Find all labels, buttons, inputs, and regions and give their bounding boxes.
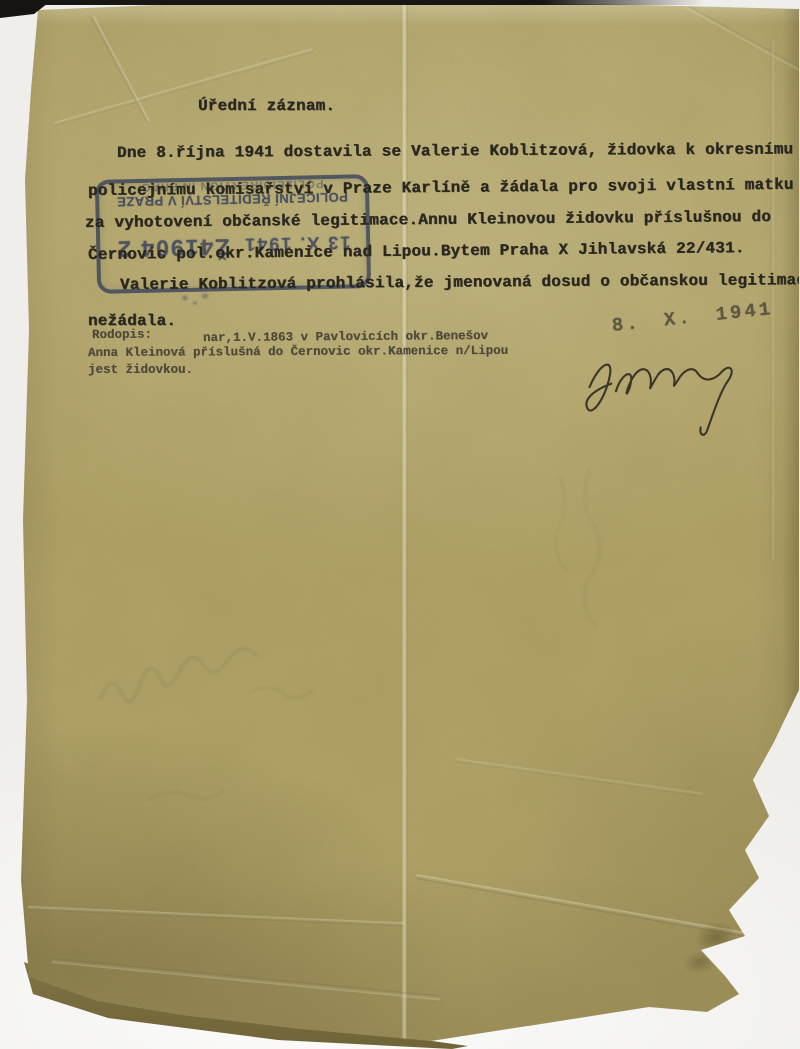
typewritten-line: policejnímu komisařství v Praze Karlíně … [88,176,794,200]
scanned-document: POLIZEIDIREKTION IN PRAG POLICEJNÍ ŘEDIT… [0,0,800,1049]
crease-line [685,4,800,85]
scanner-edge-strip [0,0,800,5]
date-received-stamp: 8. X. 1941 [611,298,774,337]
crease-line [455,758,703,797]
note-line: nar,1.V.1863 v Pavlovicích okr.Benešov [203,329,488,345]
crease-line [28,906,404,926]
stamp-ink-smudge [178,291,214,311]
signature-handwriting [568,336,758,446]
crease-line [52,958,441,1000]
crease-line [416,874,800,947]
typewritten-line: Dne 8.října 1941 dostavila se Valerie Ko… [117,140,793,162]
note-line: Anna Kleinová příslušná do Černovic okr.… [88,344,508,360]
typewritten-line: Černovic pol.okr.Kamenice nad Lipou.Byte… [88,239,745,264]
note-label: Rodopis: [92,328,152,342]
typewritten-line: za vyhotovení občanské legitimace.Annu K… [85,208,771,232]
paper-sheet: POLIZEIDIREKTION IN PRAG POLICEJNÍ ŘEDIT… [0,0,800,1049]
typewritten-line: Valerie Koblitzová prohlásila,že jmenova… [120,271,800,294]
note-line: jest židovkou. [88,363,193,377]
corner-fold-crease [90,15,150,123]
torn-corner-shadow [670,908,751,981]
document-title: Úřední záznam. [198,97,335,115]
